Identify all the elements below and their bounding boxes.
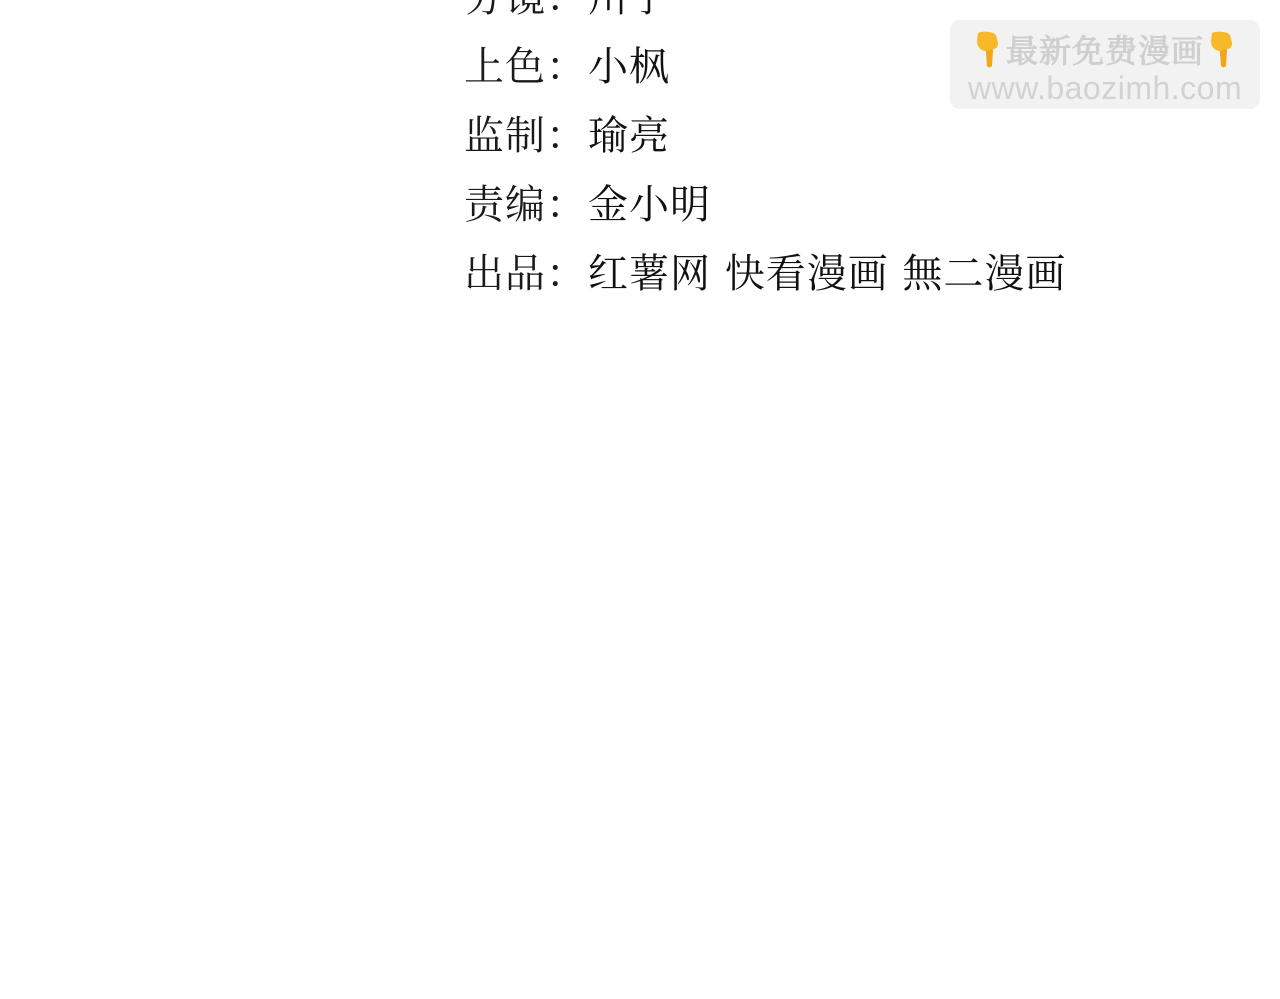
credit-value: 小枫 — [588, 47, 670, 87]
credit-label: 责编： — [464, 185, 588, 225]
credit-value: 瑜亮 — [588, 116, 670, 156]
watermark-url[interactable]: www.baozimh.com — [950, 70, 1260, 106]
pointing-down-hand-icon — [972, 29, 1004, 69]
pointing-down-hand-icon — [1206, 29, 1238, 69]
credit-label: 监制： — [464, 116, 588, 156]
credit-label: 上色： — [464, 47, 588, 87]
watermark-title-row: 最新免费漫画 — [950, 28, 1260, 70]
credit-label: 出品： — [464, 254, 588, 294]
credit-value: 川宇 — [588, 0, 670, 18]
credit-value: 红薯网 快看漫画 無二漫画 — [588, 254, 1066, 294]
credit-row-supervisor: 监制： 瑜亮 — [464, 101, 1264, 170]
credit-row-publisher: 出品： 红薯网 快看漫画 無二漫画 — [464, 239, 1264, 308]
watermark-title: 最新免费漫画 — [1006, 26, 1204, 72]
credit-row-editor: 责编： 金小明 — [464, 170, 1264, 239]
credit-value: 金小明 — [588, 185, 711, 225]
credit-label: 分镜： — [464, 0, 588, 18]
watermark-banner[interactable]: 最新免费漫画 www.baozimh.com — [950, 20, 1260, 109]
